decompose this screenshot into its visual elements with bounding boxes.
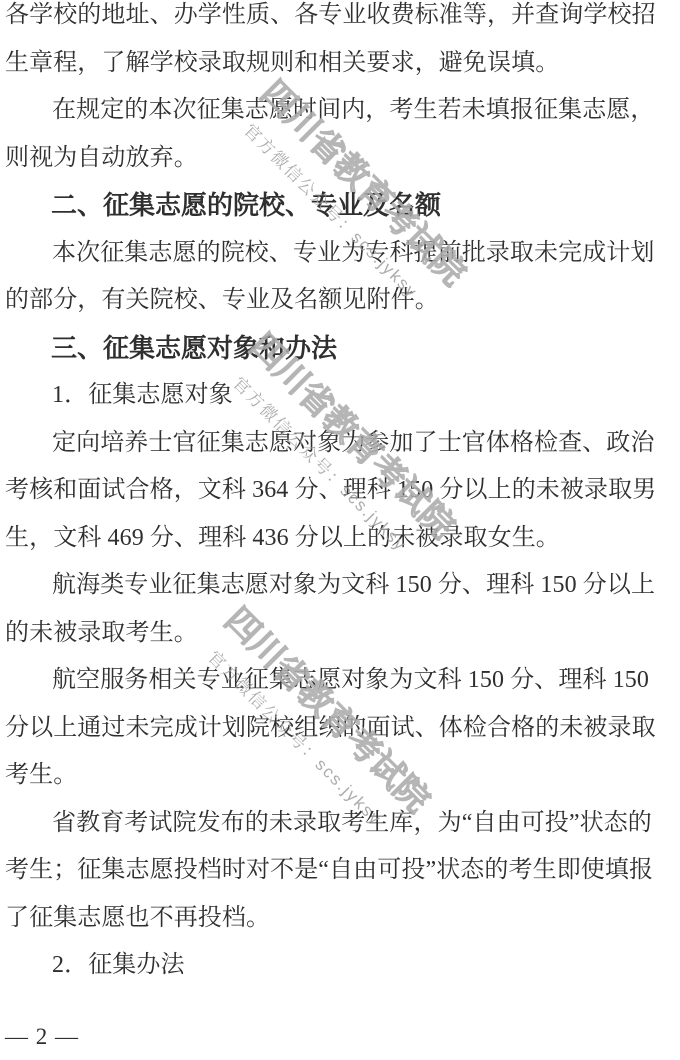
text-line: 了征集志愿也不再投档。 [5,895,657,943]
text-line: 考生。 [5,752,657,800]
text-line: 的部分，有关院校、专业及名额见附件。 [5,277,657,325]
text-line: 分以上通过未完成计划院校组织的面试、体检合格的未被录取 [5,705,657,753]
text-line: 1．征集志愿对象 [5,372,657,420]
text-line: 的未被录取考生。 [5,610,657,658]
page-number: — 2 — [5,1022,79,1052]
text-line: 在规定的本次征集志愿时间内，考生若未填报征集志愿， [5,87,657,135]
text-line: 2．征集办法 [5,942,657,990]
text-line: 生章程，了解学校录取规则和相关要求，避免误填。 [5,40,657,88]
text-line: 航海类专业征集志愿对象为文科 150 分、理科 150 分以上 [5,562,657,610]
text-line: 本次征集志愿的院校、专业为专科提前批录取未完成计划 [5,230,657,278]
text-line: 航空服务相关专业征集志愿对象为文科 150 分、理科 150 [5,657,657,705]
section-heading: 二、征集志愿的院校、专业及名额 [5,182,657,230]
text-line: 考核和面试合格，文科 364 分、理科 150 分以上的未被录取男 [5,467,657,515]
document-page: 各学校的地址、办学性质、各专业收费标准等，并查询学校招生章程，了解学校录取规则和… [0,0,680,1060]
text-line: 定向培养士官征集志愿对象为参加了士官体格检查、政治 [5,420,657,468]
text-line: 生，文科 469 分、理科 436 分以上的未被录取女生。 [5,515,657,563]
text-line: 各学校的地址、办学性质、各专业收费标准等，并查询学校招 [5,0,657,40]
section-heading: 三、征集志愿对象和办法 [5,325,657,373]
text-line: 省教育考试院发布的未录取考生库，为“自由可投”状态的 [5,800,657,848]
document-text: 各学校的地址、办学性质、各专业收费标准等，并查询学校招生章程，了解学校录取规则和… [5,0,657,990]
text-line: 则视为自动放弃。 [5,135,657,183]
text-line: 考生；征集志愿投档时对不是“自由可投”状态的考生即使填报 [5,847,657,895]
